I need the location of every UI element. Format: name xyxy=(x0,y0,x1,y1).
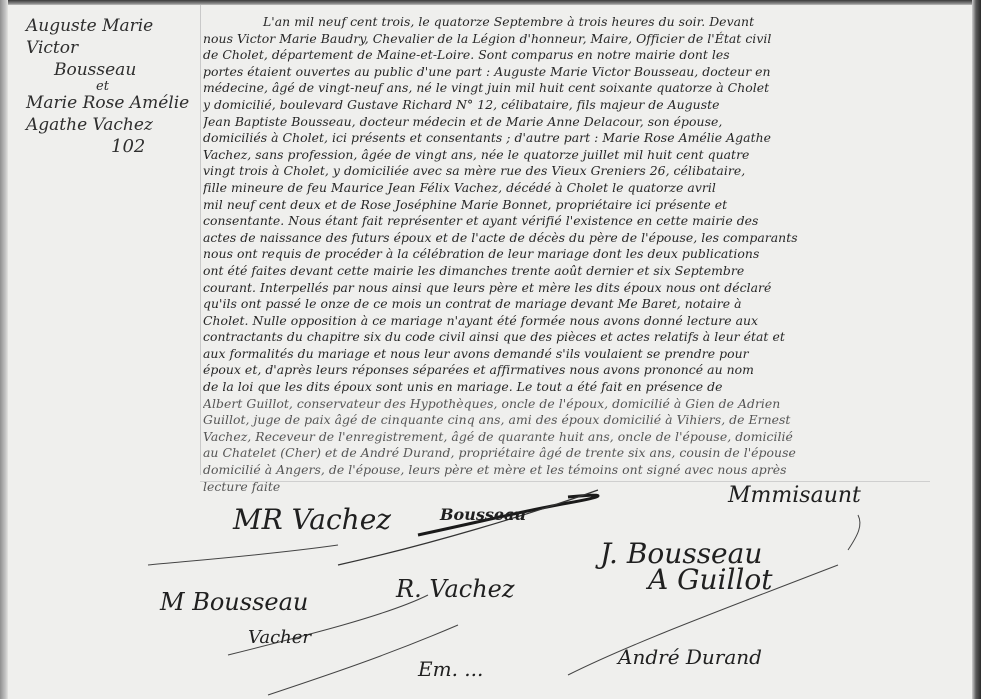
signature-a-guillot: A Guillot xyxy=(648,563,773,596)
signature-mr-vachez: MR Vachez xyxy=(233,503,391,536)
scan-right-edge xyxy=(972,0,981,699)
signature-mayor: Mmmisaunt xyxy=(728,483,861,508)
signature-andre-durand: André Durand xyxy=(618,645,762,669)
signature-m-bousseau: M Bousseau xyxy=(160,588,308,616)
signature-bousseau-groom: Bousseau xyxy=(440,505,526,524)
register-page: Auguste Marie Victor Bousseau et Marie R… xyxy=(8,5,972,699)
scan-left-edge xyxy=(0,0,8,699)
signature-r-vachez: R. Vachez xyxy=(396,575,515,603)
signature-vacher: Vacher xyxy=(248,627,311,648)
signature-em: Em. ... xyxy=(418,657,483,681)
